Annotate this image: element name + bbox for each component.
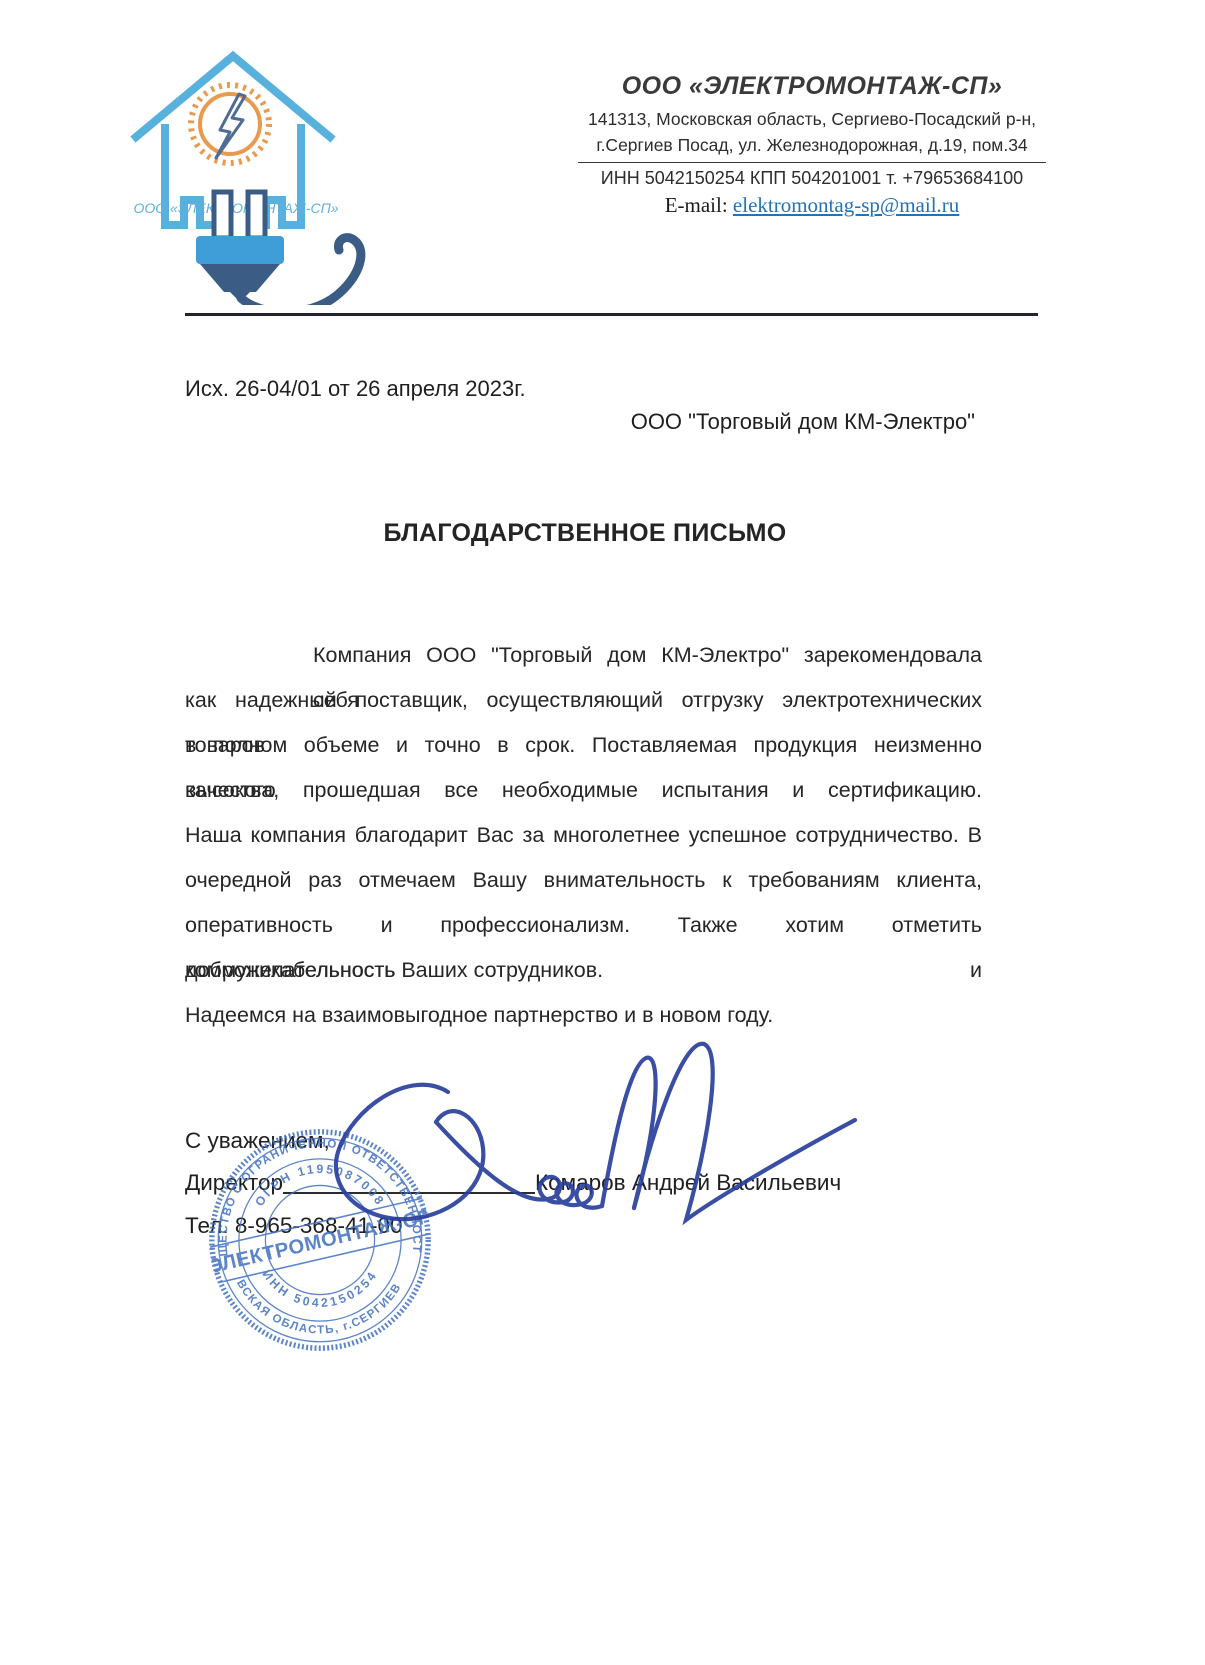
addressee: ООО "Торговый дом КМ-Электро" (185, 409, 975, 435)
body-line: Наша компания благодарит Вас за многолет… (185, 813, 982, 858)
company-address-line2: г.Сергиев Посад, ул. Железнодорожная, д.… (578, 135, 1046, 156)
company-address-line1: 141313, Московская область, Сергиево-Пос… (578, 109, 1046, 130)
email-label: E-mail: (665, 193, 733, 217)
letter-title: БЛАГОДАРСТВЕННОЕ ПИСЬМО (185, 519, 985, 548)
signature-ink (290, 1030, 870, 1245)
handwritten-signature (290, 1030, 870, 1245)
body-line: Компания ООО "Торговый дом КМ-Электро" з… (185, 633, 982, 678)
main-divider (185, 313, 1038, 316)
company-name: ООО «ЭЛЕКТРОМОНТАЖ-СП» (578, 72, 1046, 101)
body-line: в полном объеме и точно в срок. Поставля… (185, 723, 982, 768)
header-rule (578, 162, 1046, 163)
email-link[interactable]: elektromontag-sp@mail.ru (733, 193, 959, 217)
body-line: оперативность и профессионализм. Также х… (185, 903, 982, 948)
outgoing-ref-line: Исх. 26-04/01 от 26 апреля 2023г. (185, 376, 526, 402)
sun-icon (191, 85, 269, 163)
company-logo: ООО «ЭЛЕКТРОМОНТАЖ-СП» (108, 40, 378, 305)
body-line: очередной раз отмечаем Вашу внимательнос… (185, 858, 982, 903)
company-email-line: E-mail: elektromontag-sp@mail.ru (578, 193, 1046, 218)
logo-caption: ООО «ЭЛЕКТРОМОНТАЖ-СП» (133, 200, 338, 216)
logo-graphic: ООО «ЭЛЕКТРОМОНТАЖ-СП» (108, 40, 378, 305)
letter-body: Компания ООО "Торговый дом КМ-Электро" з… (185, 633, 982, 1038)
lightning-icon (216, 94, 245, 158)
company-header: ООО «ЭЛЕКТРОМОНТАЖ-СП» 141313, Московска… (578, 72, 1046, 218)
body-line: качества, прошедшая все необходимые испы… (185, 768, 982, 813)
company-inn-line: ИНН 5042150254 КПП 504201001 т. +7965368… (578, 168, 1046, 189)
body-line: как надежный поставщик, осуществляющий о… (185, 678, 982, 723)
letter-page: ООО «ЭЛЕКТРОМОНТАЖ-СП» ООО «ЭЛЕКТРОМОНТА… (0, 0, 1205, 1665)
